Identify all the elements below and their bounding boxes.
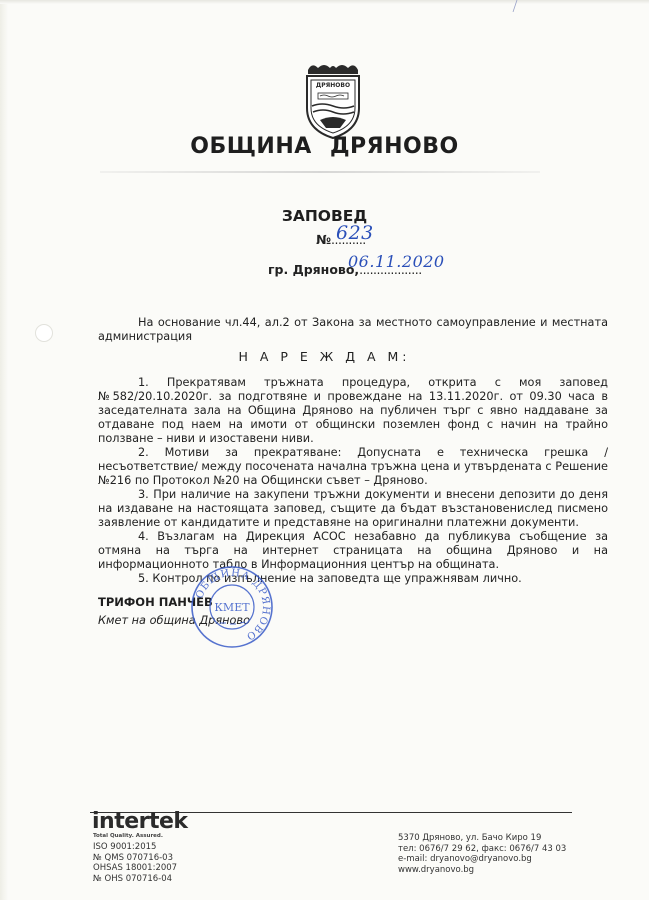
contact-block: 5370 Дряново, ул. Бачо Киро 19 тел: 0676… xyxy=(398,833,566,875)
place-label: гр. Дряново, xyxy=(268,262,359,277)
punch-hole xyxy=(35,324,53,342)
phone-fax: тел: 0676/7 29 62, факс: 0676/7 43 03 xyxy=(398,844,566,855)
certification-list: ISO 9001:2015 № QMS 070716-03 OHSAS 1800… xyxy=(93,842,177,884)
handwritten-date: 06.11.2020 xyxy=(348,252,445,271)
number-label: № xyxy=(316,232,331,247)
svg-text:КМЕТ: КМЕТ xyxy=(214,601,250,614)
order-item-3: 3. При наличие на закупени тръжни докуме… xyxy=(98,488,608,530)
document-title: ЗАПОВЕД xyxy=(0,207,649,225)
page-edge-top xyxy=(0,0,649,4)
address: 5370 Дряново, ул. Бачо Киро 19 xyxy=(398,833,566,844)
certification-item: OHSAS 18001:2007 xyxy=(93,863,177,874)
website: www.dryanovo.bg xyxy=(398,865,566,876)
certification-item: № QMS 070716-03 xyxy=(93,853,177,864)
order-item-2: 2. Мотиви за прекратяване: Допусната е т… xyxy=(98,446,608,488)
header-divider xyxy=(100,171,540,173)
intertek-tagline: Total Quality. Assured. xyxy=(93,833,163,839)
certification-item: ISO 9001:2015 xyxy=(93,842,177,853)
handwritten-number: 623 xyxy=(336,222,374,244)
order-items: 1. Прекратявам тръжната процедура, откри… xyxy=(98,376,608,586)
municipality-crest-icon: ДРЯНОВО xyxy=(298,60,368,140)
email: e-mail: dryanovo@dryanovo.bg xyxy=(398,854,566,865)
order-item-1: 1. Прекратявам тръжната процедура, откри… xyxy=(98,376,608,446)
intertek-logo: intertek xyxy=(92,809,188,834)
municipality-title: ОБЩИНА ДРЯНОВО xyxy=(0,134,649,159)
official-stamp-icon: ОБЩИНА ДРЯНОВО КМЕТ xyxy=(190,565,274,649)
order-heading: Н А Р Е Ж Д А М: xyxy=(0,349,649,364)
legal-basis: На основание чл.44, ал.2 от Закона за ме… xyxy=(98,316,608,344)
certification-item: № OHS 070716-04 xyxy=(93,874,177,885)
order-item-5: 5. Контрол по изпълнение на заповедта ще… xyxy=(98,572,608,586)
pen-mark xyxy=(505,0,525,12)
order-item-4: 4. Възлагам на Дирекция АСОС незабавно д… xyxy=(98,530,608,572)
svg-text:ДРЯНОВО: ДРЯНОВО xyxy=(316,82,350,89)
